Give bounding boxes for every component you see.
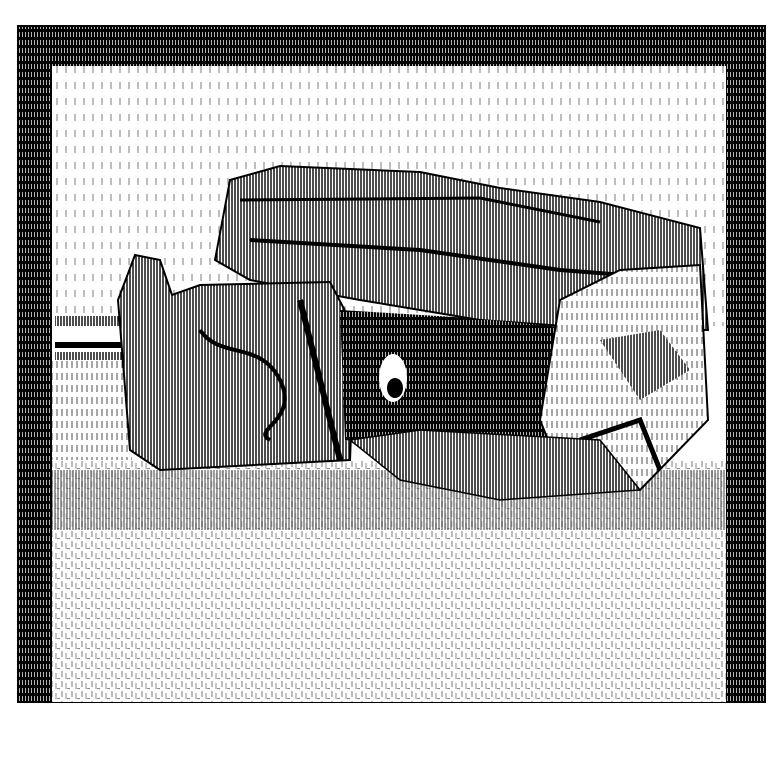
dolmen-drawing (0, 0, 768, 768)
illustration (0, 0, 768, 768)
left-upright-stones (118, 255, 355, 470)
